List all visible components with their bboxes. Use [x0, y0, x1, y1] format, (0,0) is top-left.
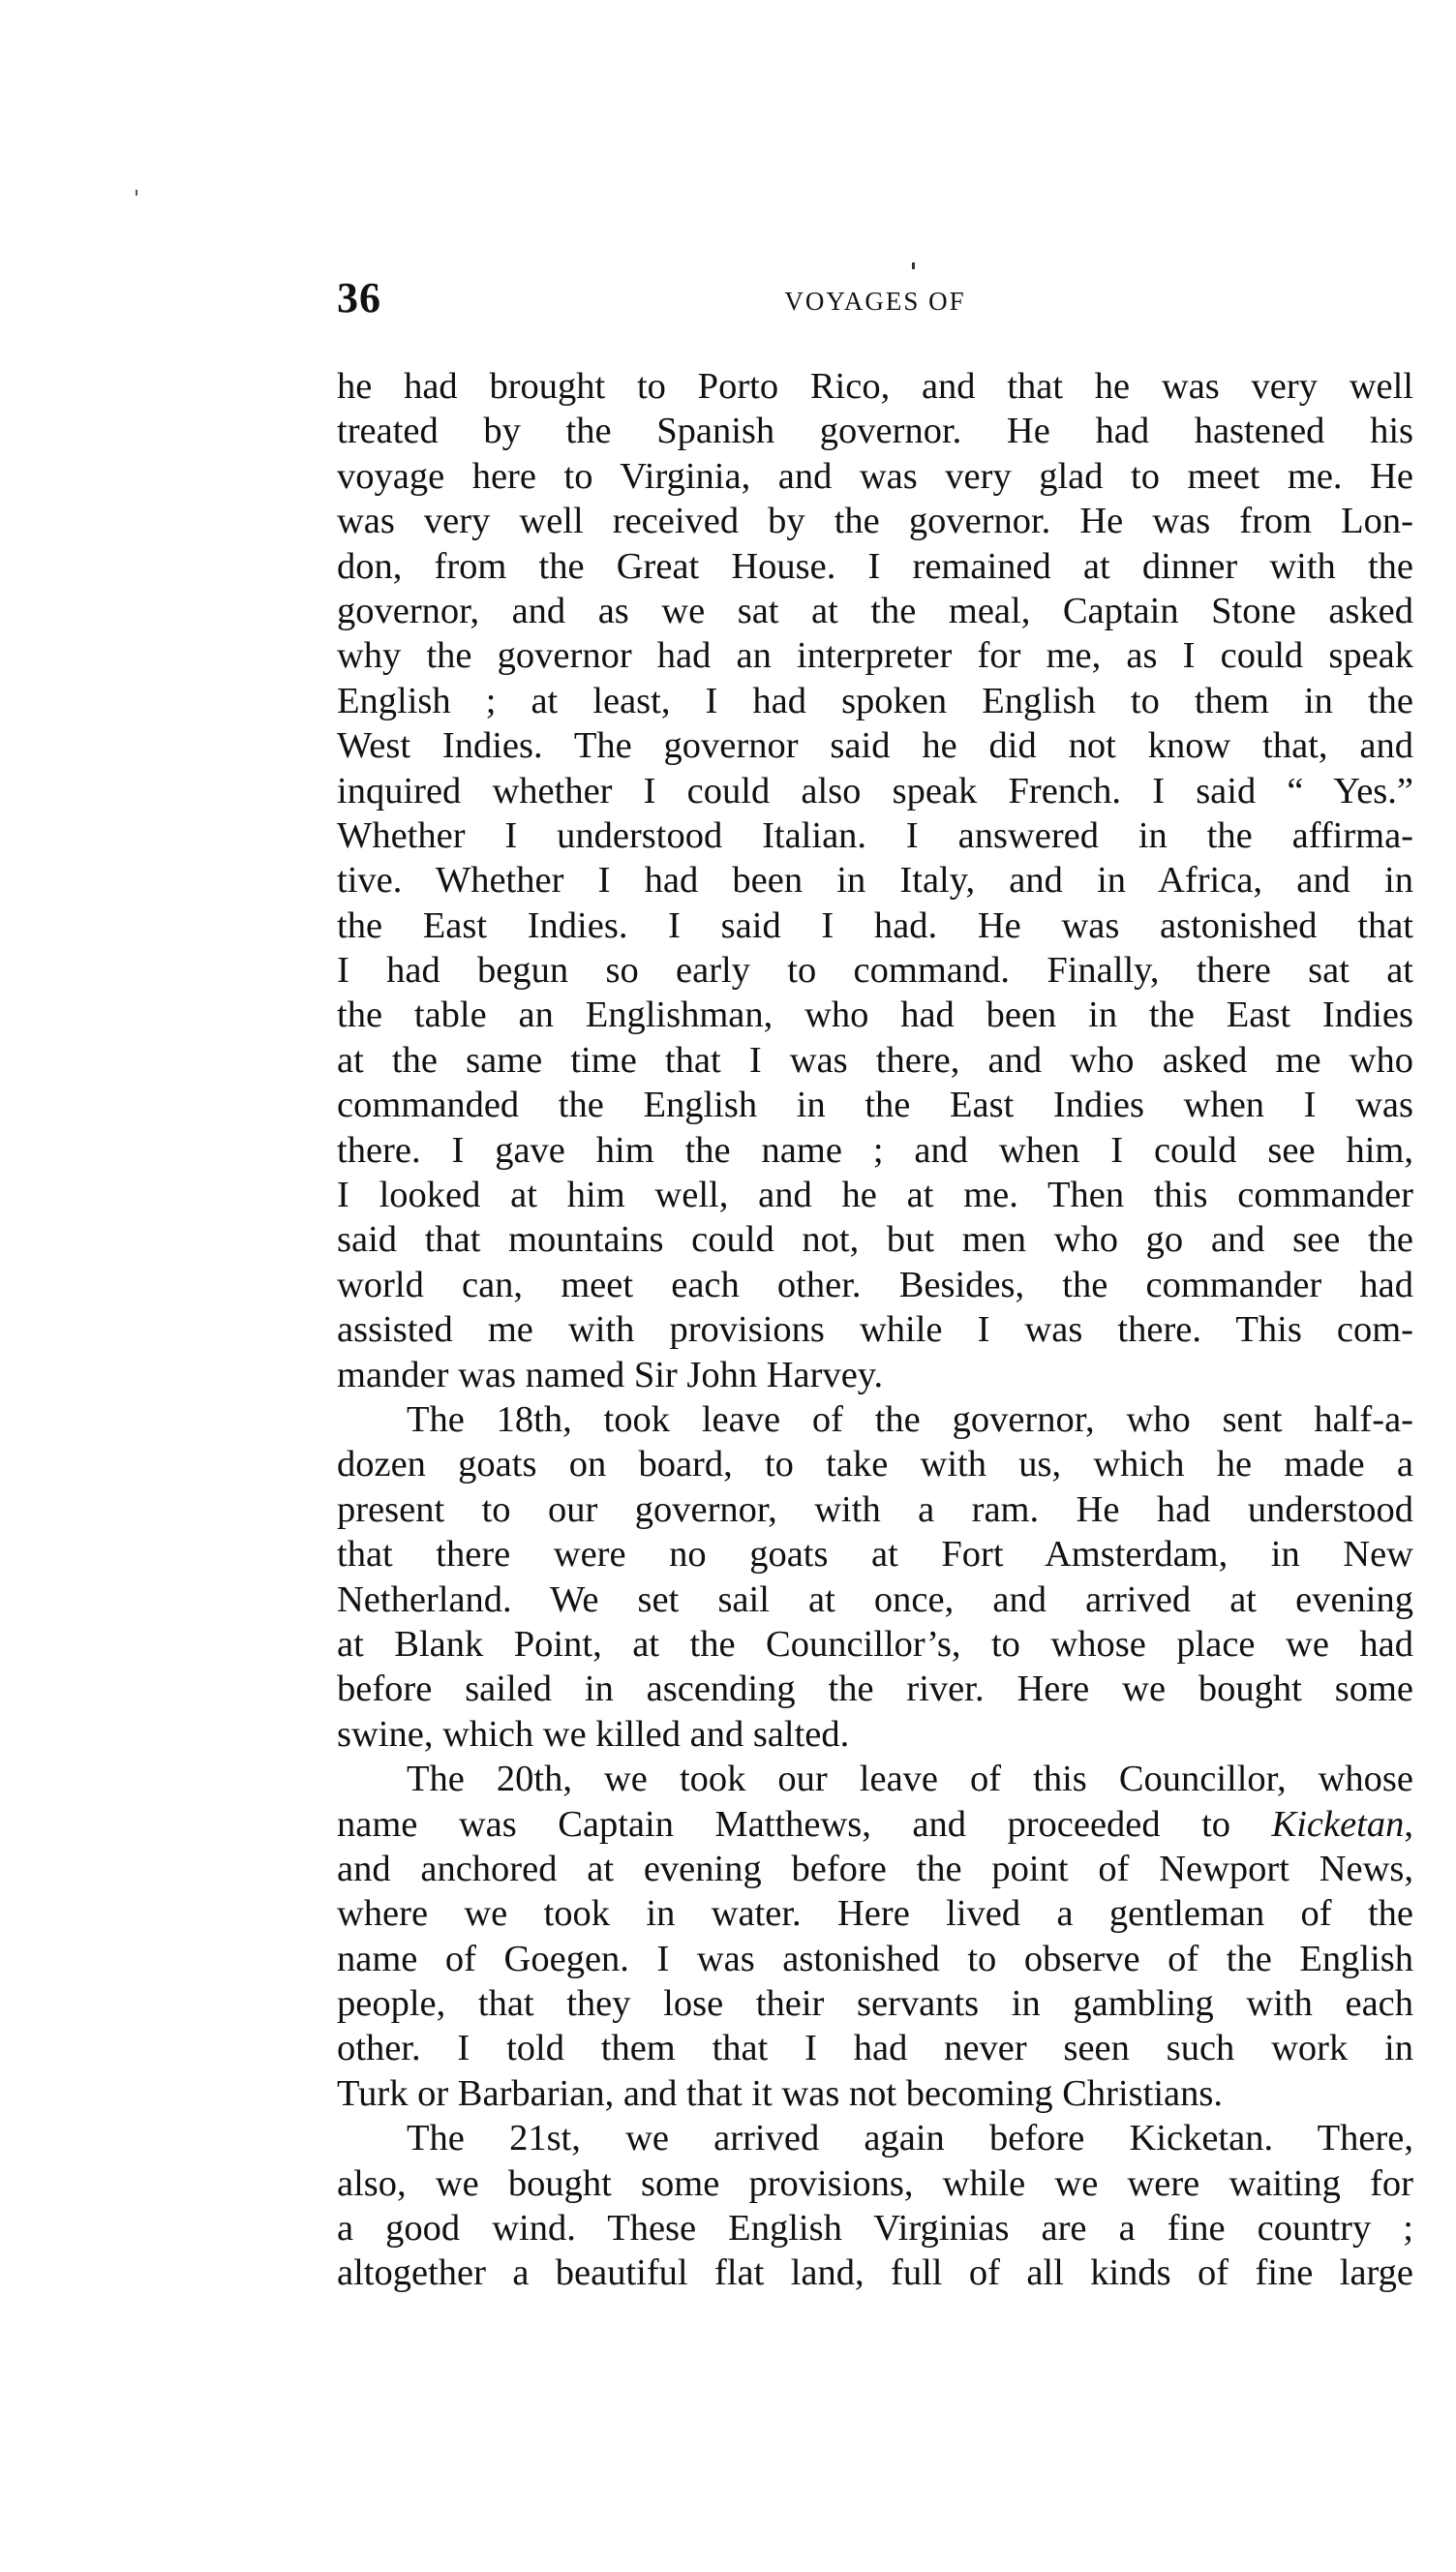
text-line: don, from the Great House. I remained at… [337, 544, 1413, 589]
text-line: there. I gave him the name ; and when I … [337, 1128, 1413, 1173]
text-line: I had begun so early to command. Finally… [337, 948, 1413, 993]
body-text: he had brought to Porto Rico, and that h… [337, 364, 1413, 2296]
text-line: that there were no goats at Fort Amsterd… [337, 1532, 1413, 1577]
text-line: altogether a beautiful flat land, full o… [337, 2250, 1413, 2295]
text-line: why the governor had an interpreter for … [337, 633, 1413, 678]
scan-speck [912, 262, 915, 269]
text-line: was very well received by the governor. … [337, 499, 1413, 543]
text-line: assisted me with provisions while I was … [337, 1307, 1413, 1352]
text-line: governor, and as we sat at the meal, Cap… [337, 589, 1413, 633]
running-head: 36 VOYAGES OF [337, 274, 1413, 322]
paragraph: The 20th, we took our leave of this Coun… [337, 1757, 1413, 2116]
text-line: where we took in water. Here lived a gen… [337, 1891, 1413, 1936]
text-line: a good wind. These English Virginias are… [337, 2206, 1413, 2250]
text-line: the table an Englishman, who had been in… [337, 993, 1413, 1037]
text-line: people, that they lose their servants in… [337, 1981, 1413, 2026]
text-line: dozen goats on board, to take with us, w… [337, 1442, 1413, 1486]
text-line: and anchored at evening before the point… [337, 1847, 1413, 1891]
text-line: mander was named Sir John Harvey. [337, 1353, 1413, 1397]
text-line: name was Captain Matthews, and proceeded… [337, 1802, 1413, 1847]
text-line: at the same time that I was there, and w… [337, 1038, 1413, 1083]
text-line: world can, meet each other. Besides, the… [337, 1263, 1413, 1307]
text-line: English ; at least, I had spoken English… [337, 679, 1413, 723]
text-line: West Indies. The governor said he did no… [337, 723, 1413, 768]
text-line: inquired whether I could also speak Fren… [337, 769, 1413, 813]
text-line: the East Indies. I said I had. He was as… [337, 903, 1413, 948]
text-line: Whether I understood Italian. I answered… [337, 813, 1413, 858]
text-line: said that mountains could not, but men w… [337, 1217, 1413, 1262]
text-line: voyage here to Virginia, and was very gl… [337, 454, 1413, 499]
text-segment: name was Captain Matthews, and proceeded… [337, 1804, 1272, 1845]
text-line: present to our governor, with a ram. He … [337, 1487, 1413, 1532]
text-line: swine, which we killed and salted. [337, 1712, 1413, 1757]
text-line: Netherland. We set sail at once, and arr… [337, 1577, 1413, 1622]
text-line: before sailed in ascending the river. He… [337, 1667, 1413, 1711]
text-line: tive. Whether I had been in Italy, and i… [337, 858, 1413, 903]
text-line: I looked at him well, and he at me. Then… [337, 1173, 1413, 1217]
paragraph: The 21st, we arrived again before Kicket… [337, 2116, 1413, 2296]
text-line: he had brought to Porto Rico, and that h… [337, 364, 1413, 409]
text-line: The 18th, took leave of the governor, wh… [337, 1397, 1413, 1442]
text-line: commanded the English in the East Indies… [337, 1083, 1413, 1127]
scan-speck [136, 190, 137, 196]
text-line: The 21st, we arrived again before Kicket… [337, 2116, 1413, 2160]
text-line: also, we bought some provisions, while w… [337, 2161, 1413, 2206]
paragraph: he had brought to Porto Rico, and that h… [337, 364, 1413, 1397]
text-line: treated by the Spanish governor. He had … [337, 409, 1413, 453]
text-line: Turk or Barbarian, and that it was not b… [337, 2071, 1413, 2116]
text-segment: , [1404, 1804, 1413, 1845]
paragraph: The 18th, took leave of the governor, wh… [337, 1397, 1413, 1757]
text-line: name of Goegen. I was astonished to obse… [337, 1937, 1413, 1981]
text-line: at Blank Point, at the Councillor’s, to … [337, 1622, 1413, 1667]
text-line: other. I told them that I had never seen… [337, 2026, 1413, 2070]
place-name-italic: Kicketan [1272, 1804, 1405, 1845]
text-line: The 20th, we took our leave of this Coun… [337, 1757, 1413, 1801]
running-title: VOYAGES OF [337, 282, 1413, 321]
